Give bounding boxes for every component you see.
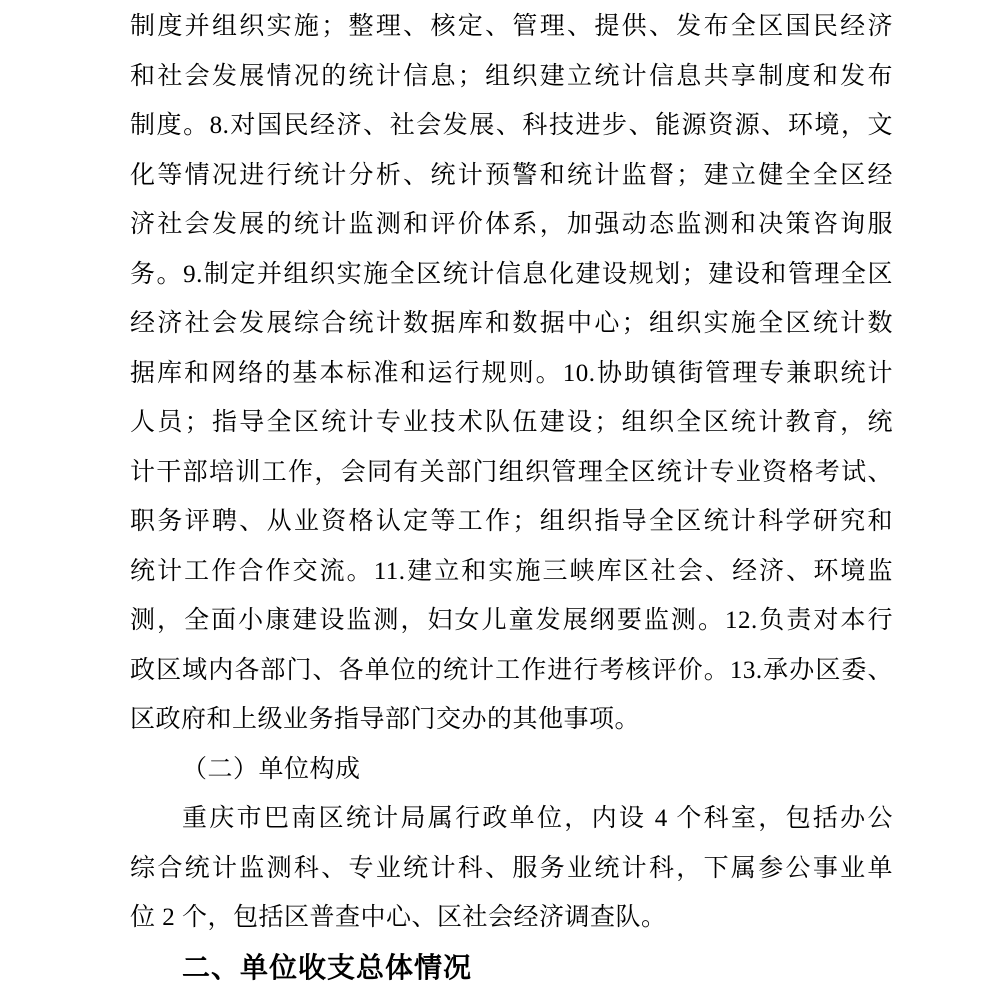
text-line: 综合统计监测科、专业统计科、服务业统计科，下属参公事业单 — [130, 844, 893, 894]
document-body: 制度并组织实施；整理、核定、管理、提供、发布全区国民经济和社会发展情况的统计信息… — [130, 2, 893, 992]
text-line: 务。9.制定并组织实施全区统计信息化建设规划；建设和管理全区 — [130, 250, 893, 300]
text-line: 测，全面小康建设监测，妇女儿童发展纲要监测。12.负责对本行 — [130, 596, 893, 646]
text-line: 据库和网络的基本标准和运行规则。10.协助镇街管理专兼职统计 — [130, 349, 893, 399]
text-line: 政区域内各部门、各单位的统计工作进行考核评价。13.承办区委、 — [130, 646, 893, 696]
section-heading: 二、单位收支总体情况 — [130, 943, 893, 992]
text-line: 制度并组织实施；整理、核定、管理、提供、发布全区国民经济 — [130, 2, 893, 52]
document-page: 制度并组织实施；整理、核定、管理、提供、发布全区国民经济和社会发展情况的统计信息… — [0, 0, 1000, 992]
text-line: 经济社会发展综合统计数据库和数据中心；组织实施全区统计数 — [130, 299, 893, 349]
text-line: 化等情况进行统计分析、统计预警和统计监督；建立健全全区经 — [130, 151, 893, 201]
text-line: 位 2 个，包括区普查中心、区社会经济调查队。 — [130, 893, 893, 943]
text-line: 区政府和上级业务指导部门交办的其他事项。 — [130, 695, 893, 745]
text-line: （二）单位构成 — [130, 745, 893, 795]
text-line: 和社会发展情况的统计信息；组织建立统计信息共享制度和发布 — [130, 52, 893, 102]
text-line: 重庆市巴南区统计局属行政单位，内设 4 个科室，包括办公室、 — [130, 794, 893, 844]
text-line: 统计工作合作交流。11.建立和实施三峡库区社会、经济、环境监 — [130, 547, 893, 597]
text-line: 计干部培训工作，会同有关部门组织管理全区统计专业资格考试、 — [130, 448, 893, 498]
text-line: 职务评聘、从业资格认定等工作；组织指导全区统计科学研究和 — [130, 497, 893, 547]
text-line: 制度。8.对国民经济、社会发展、科技进步、能源资源、环境，文 — [130, 101, 893, 151]
text-line: 济社会发展的统计监测和评价体系，加强动态监测和决策咨询服 — [130, 200, 893, 250]
text-line: 人员；指导全区统计专业技术队伍建设；组织全区统计教育，统 — [130, 398, 893, 448]
